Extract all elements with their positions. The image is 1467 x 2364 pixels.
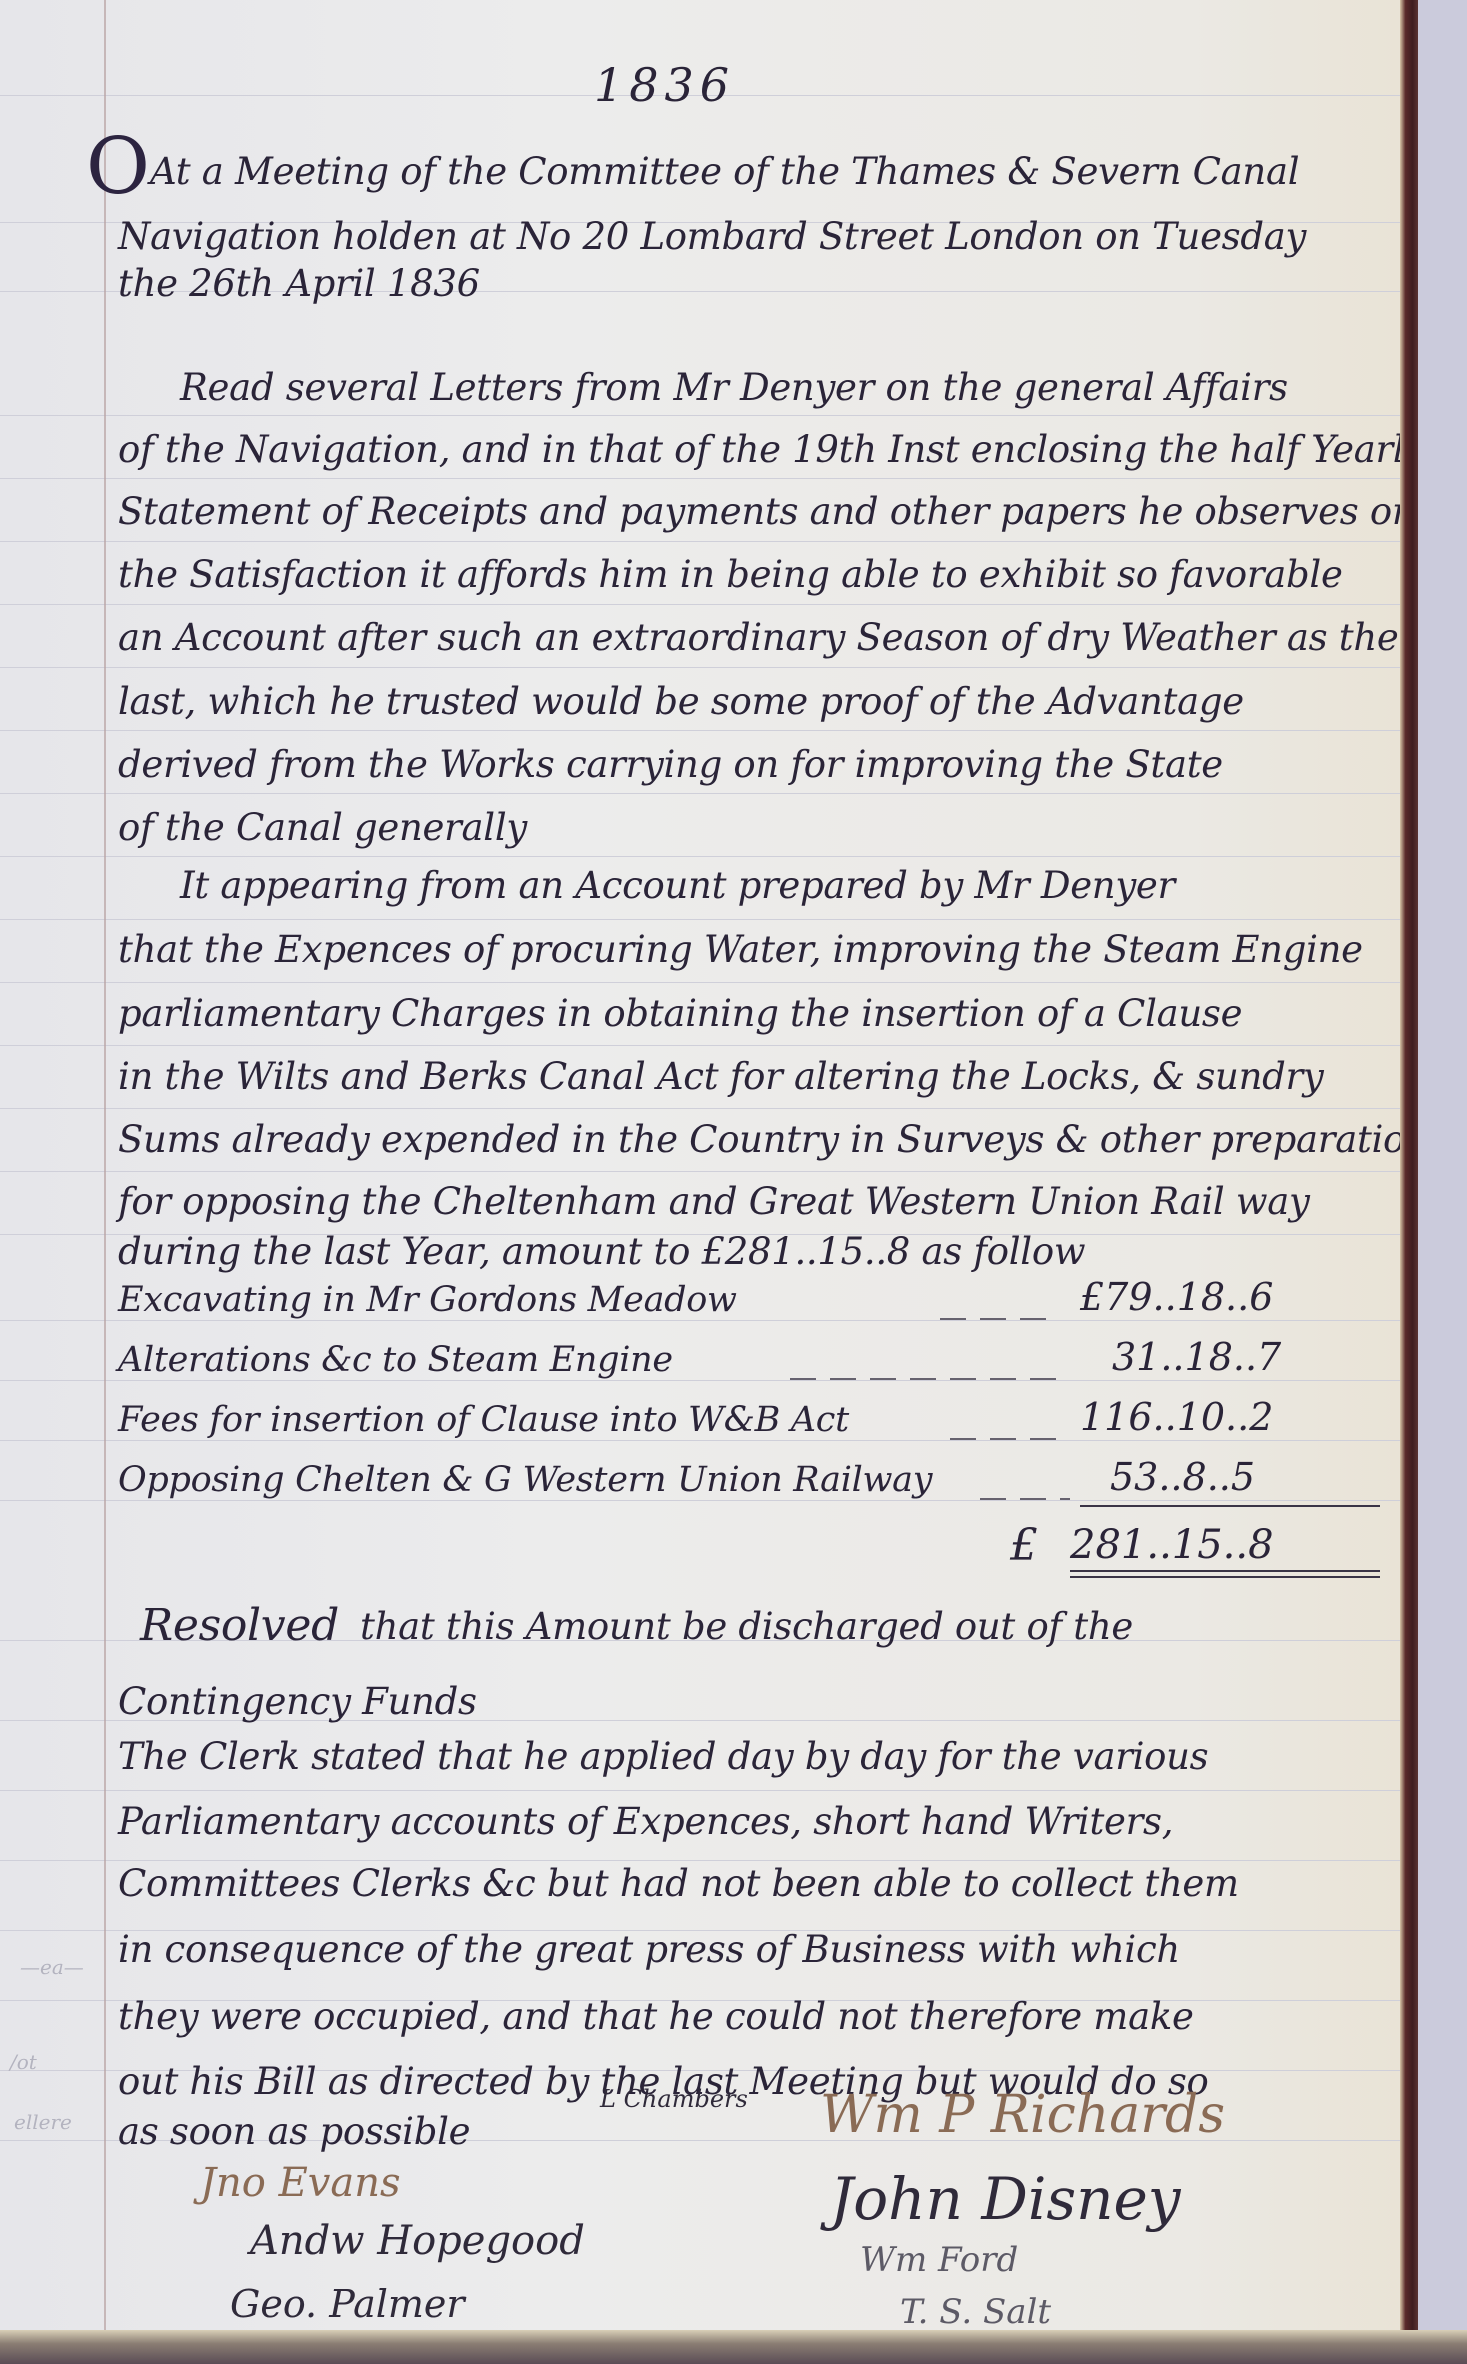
para3-line-3: Committees Clerks &c but had not been ab… <box>118 1862 1239 1905</box>
expense-amount-2: 31..18..7 <box>1112 1335 1281 1379</box>
dash-leader <box>950 1438 1060 1440</box>
signature-left-2: Andw Hopegood <box>250 2218 585 2264</box>
margin-rule <box>104 0 106 2340</box>
margin-bleed-through: ellere <box>14 2110 72 2134</box>
expense-label-4: Opposing Chelten & G Western Union Railw… <box>118 1460 932 1500</box>
signature-chair: Wm P Richards <box>820 2085 1225 2145</box>
para2-line-4: in the Wilts and Berks Canal Act for alt… <box>118 1055 1324 1098</box>
sum-rule <box>1080 1505 1380 1507</box>
ruled-line <box>0 919 1400 920</box>
signature-left-1: Jno Evans <box>200 2160 401 2206</box>
ruled-line <box>0 541 1400 542</box>
double-rule <box>1070 1576 1380 1578</box>
ruled-line <box>0 1790 1400 1791</box>
ruled-line <box>0 1171 1400 1172</box>
ruled-line <box>0 1320 1400 1321</box>
opening-line-3: the 26th April 1836 <box>118 262 480 305</box>
total-currency-symbol: £ <box>1010 1520 1038 1571</box>
resolution-line-1: that this Amount be discharged out of th… <box>360 1605 1133 1648</box>
para1-line-6: last, which he trusted would be some pro… <box>118 680 1244 723</box>
background-surface <box>1418 0 1467 2364</box>
ruled-line <box>0 1045 1400 1046</box>
para3-line-1: The Clerk stated that he applied day by … <box>118 1735 1208 1778</box>
page-bottom-edge <box>0 2330 1467 2364</box>
signature-right-3: T. S. Salt <box>900 2292 1051 2332</box>
resolution-line-2: Contingency Funds <box>118 1680 477 1723</box>
margin-bleed-through: —ea— <box>20 1955 84 1979</box>
para1-line-8: of the Canal generally <box>118 806 527 849</box>
signature-left-3: Geo. Palmer <box>230 2282 465 2326</box>
year-heading: 1836 <box>594 58 735 112</box>
para2-line-5: Sums already expended in the Country in … <box>118 1118 1400 1161</box>
para1-line-1: Read several Letters from Mr Denyer on t… <box>180 366 1288 409</box>
ruled-line <box>0 667 1400 668</box>
opening-line-1: At a Meeting of the Committee of the Tha… <box>150 150 1299 193</box>
signature-right-2: Wm Ford <box>860 2240 1018 2280</box>
para1-line-7: derived from the Works carrying on for i… <box>118 743 1223 786</box>
expense-amount-1: £79..18..6 <box>1080 1275 1273 1319</box>
expense-amount-3: 116..10..2 <box>1080 1395 1273 1439</box>
expense-amount-4: 53..8..5 <box>1110 1455 1255 1499</box>
expense-label-2: Alterations &c to Steam Engine <box>118 1340 673 1380</box>
signature-clerk: L Chambers <box>600 2085 748 2113</box>
double-rule <box>1070 1570 1380 1572</box>
expense-total: 281..15..8 <box>1070 1522 1274 1568</box>
expense-label-1: Excavating in Mr Gordons Meadow <box>118 1280 737 1320</box>
para2-line-2: that the Expences of procuring Water, im… <box>118 928 1363 971</box>
ruled-line <box>0 1500 1400 1501</box>
para2-line-6: for opposing the Cheltenham and Great We… <box>118 1180 1310 1223</box>
ruled-line <box>0 793 1400 794</box>
dash-leader <box>940 1318 1060 1320</box>
ruled-line <box>0 1440 1400 1441</box>
para3-line-2: Parliamentary accounts of Expences, shor… <box>118 1800 1173 1843</box>
ruled-line <box>0 1380 1400 1381</box>
para2-line-7: during the last Year, amount to £281..15… <box>118 1230 1085 1273</box>
dash-leader <box>980 1498 1070 1500</box>
ruled-line <box>0 1108 1400 1109</box>
para1-line-3: Statement of Receipts and payments and o… <box>118 490 1400 533</box>
ruled-line <box>0 730 1400 731</box>
ruled-line <box>0 1860 1400 1861</box>
para3-line-4: in consequence of the great press of Bus… <box>118 1928 1180 1971</box>
para2-line-1: It appearing from an Account prepared by… <box>180 864 1175 907</box>
manuscript-page: —ea— /ot ellere 1836 O At a Meeting of t… <box>0 0 1400 2340</box>
para2-line-3: parliamentary Charges in obtaining the i… <box>118 992 1242 1035</box>
para1-line-4: the Satisfaction it affords him in being… <box>118 553 1343 596</box>
ruled-line <box>0 856 1400 857</box>
resolved-heading: Resolved <box>140 1600 339 1651</box>
decorative-initial: O <box>86 122 150 212</box>
expense-label-3: Fees for insertion of Clause into W&B Ac… <box>118 1400 849 1440</box>
para3-line-7: as soon as possible <box>118 2110 470 2153</box>
ruled-line <box>0 415 1400 416</box>
para3-line-5: they were occupied, and that he could no… <box>118 1995 1194 2038</box>
opening-line-2: Navigation holden at No 20 Lombard Stree… <box>118 215 1306 258</box>
ruled-line <box>0 982 1400 983</box>
ruled-line <box>0 478 1400 479</box>
ruled-line <box>0 604 1400 605</box>
book-binding-edge <box>1400 0 1418 2364</box>
margin-bleed-through: /ot <box>10 2050 37 2074</box>
dash-leader <box>790 1378 1070 1380</box>
para1-line-5: an Account after such an extraordinary S… <box>118 616 1398 659</box>
signature-right-1: John Disney <box>830 2165 1181 2233</box>
para1-line-2: of the Navigation, and in that of the 19… <box>118 428 1400 471</box>
